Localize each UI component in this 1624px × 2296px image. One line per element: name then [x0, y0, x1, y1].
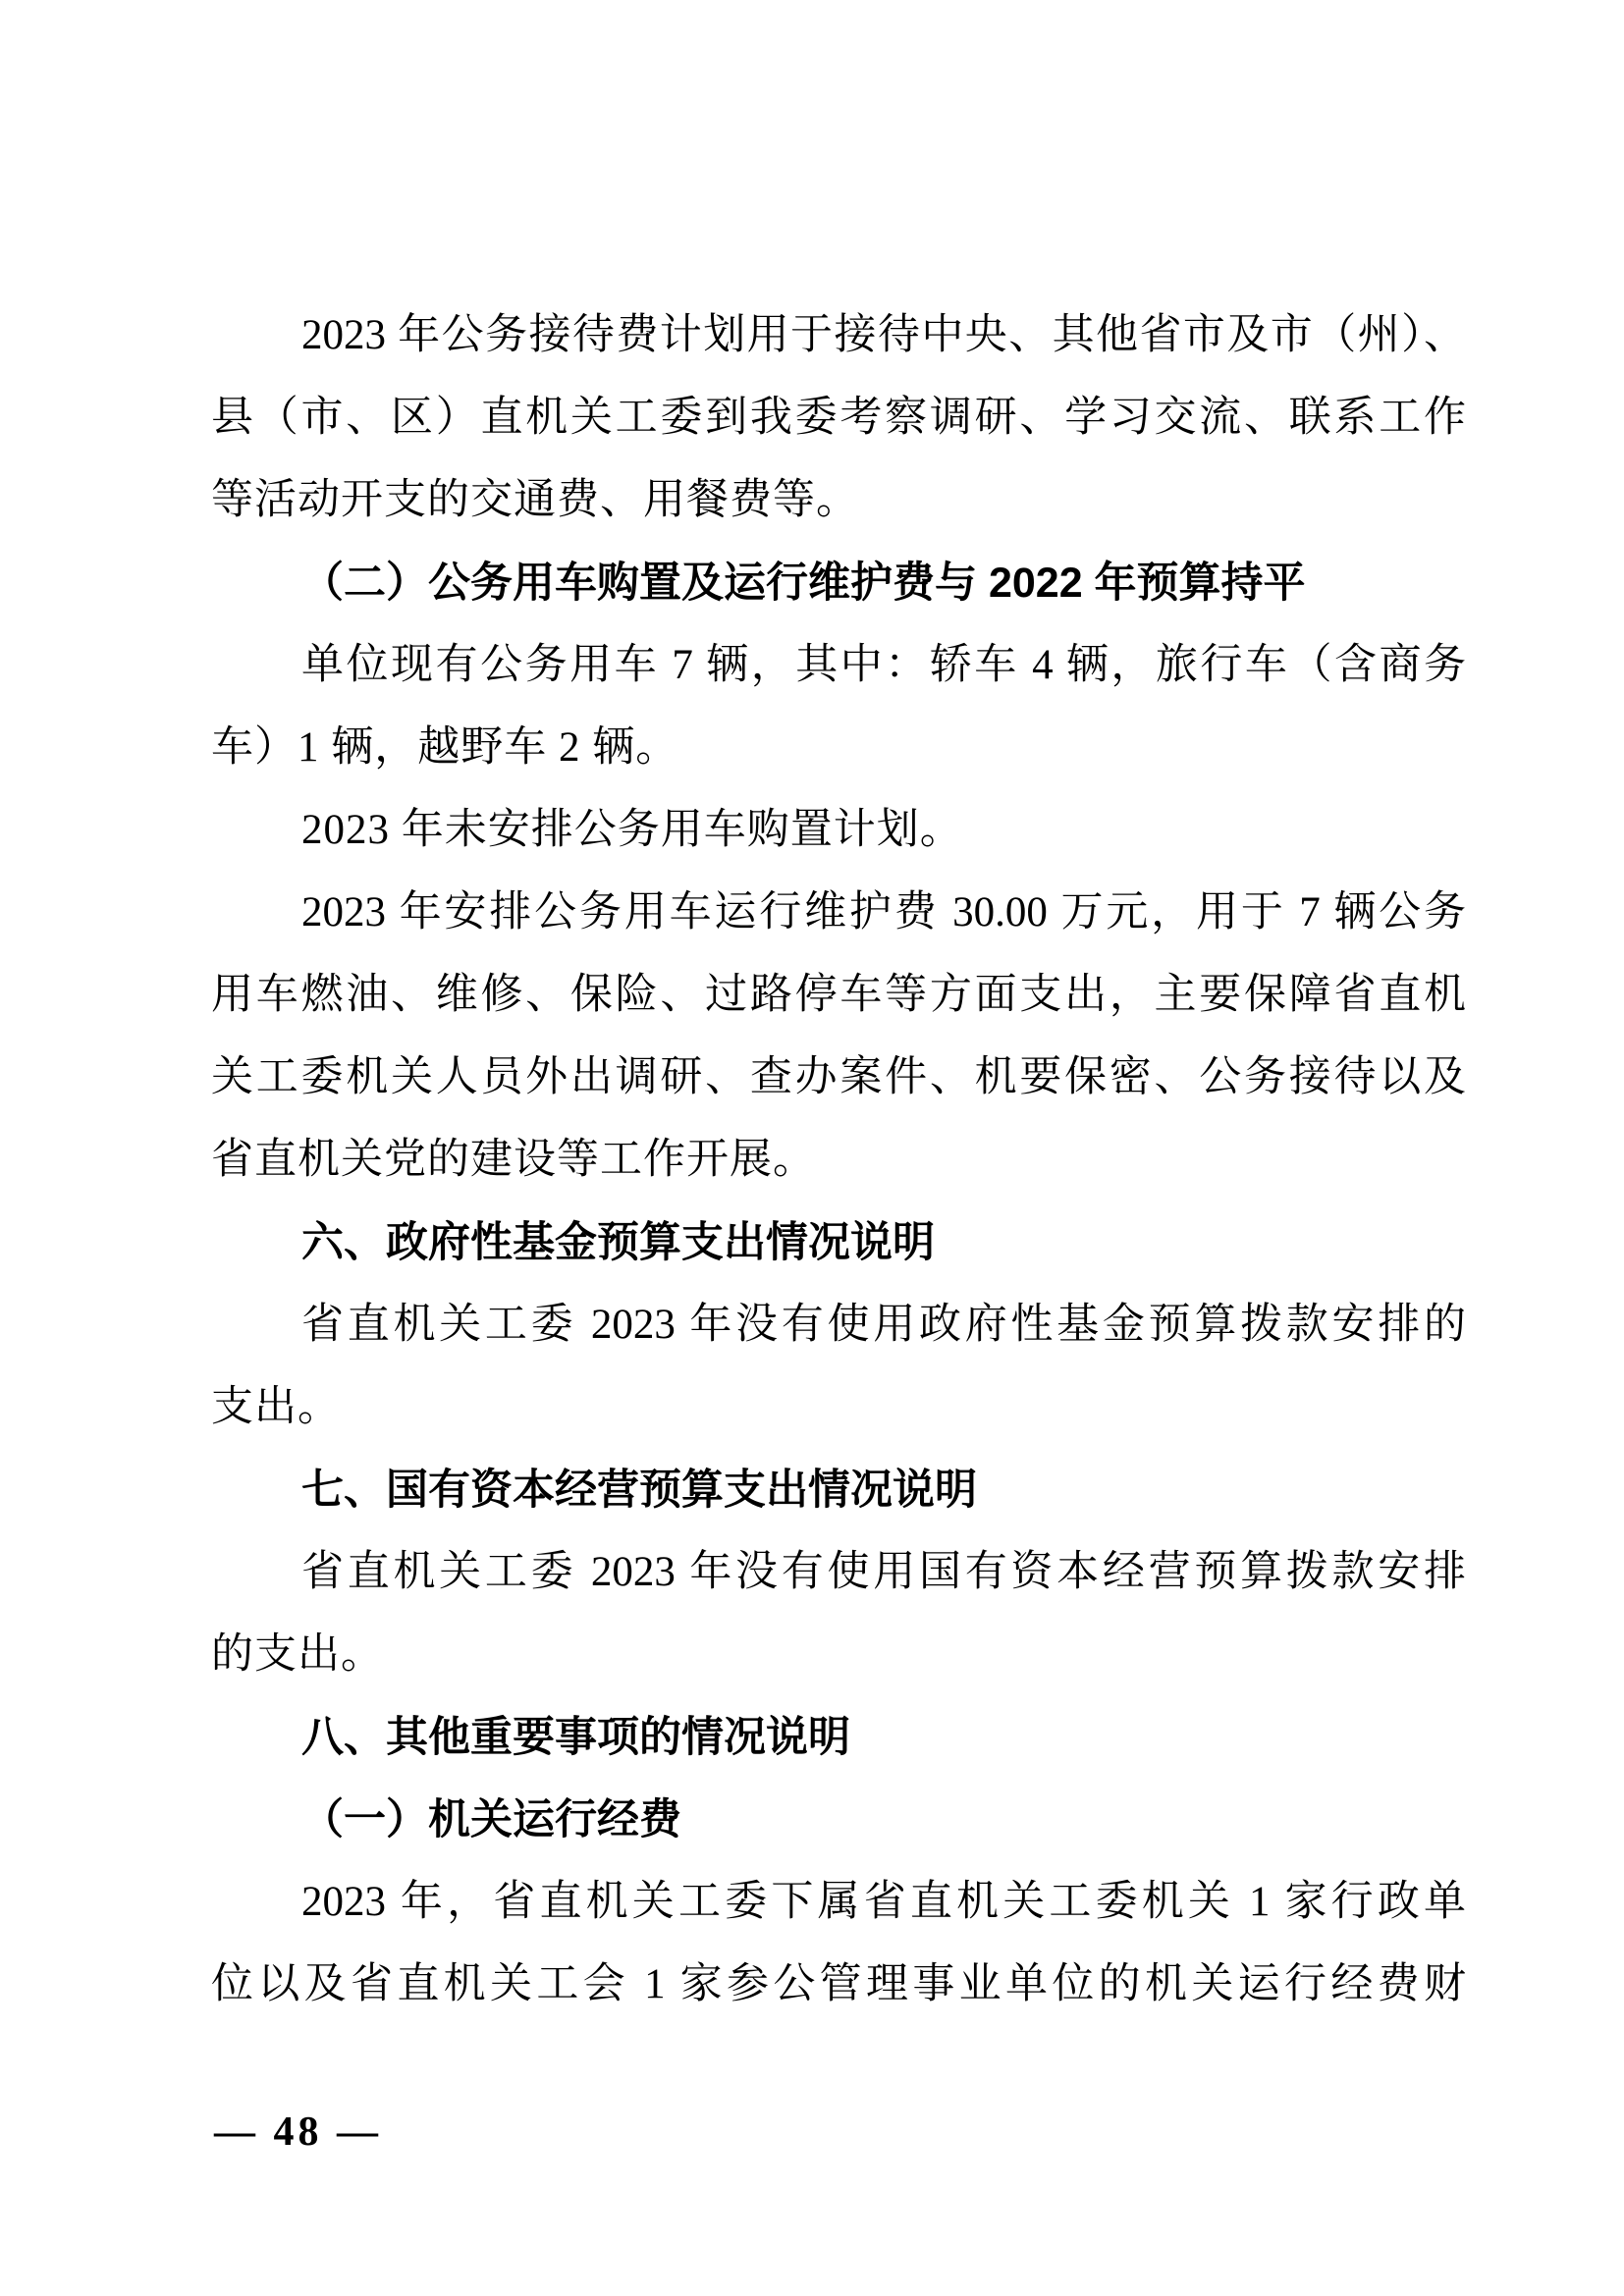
text-line: 支出。	[211, 1366, 1466, 1449]
text-line: 位以及省直机关工会 1 家参公管理事业单位的机关运行经费财	[211, 1944, 1466, 2026]
text-line: 县（市、区）直机关工委到我委考察调研、学习交流、联系工作	[211, 377, 1466, 459]
text-line: 单位现有公务用车 7 辆，其中：轿车 4 辆，旅行车（含商务	[211, 624, 1466, 707]
text-line: 关工委机关人员外出调研、查办案件、机要保密、公务接待以及	[211, 1037, 1466, 1119]
section-heading: （一）机关运行经费	[211, 1779, 1466, 1861]
text-column: 2023 年公务接待费计划用于接待中央、其他省市及市（州）、 县（市、区）直机关…	[211, 294, 1466, 2026]
text-line: 2023 年，省直机关工委下属省直机关工委机关 1 家行政单	[211, 1861, 1466, 1944]
page-number: — 48 —	[214, 2103, 382, 2162]
document-page: 2023 年公务接待费计划用于接待中央、其他省市及市（州）、 县（市、区）直机关…	[0, 0, 1624, 2296]
text-line: 省直机关工委 2023 年没有使用国有资本经营预算拨款安排	[211, 1531, 1466, 1614]
text-line: 省直机关党的建设等工作开展。	[211, 1119, 1466, 1201]
section-heading: （二）公务用车购置及运行维护费与 2022 年预算持平	[211, 542, 1466, 624]
section-heading: 七、国有资本经营预算支出情况说明	[211, 1449, 1466, 1531]
section-heading: 六、政府性基金预算支出情况说明	[211, 1201, 1466, 1284]
text-line: 车）1 辆，越野车 2 辆。	[211, 707, 1466, 789]
section-heading: 八、其他重要事项的情况说明	[211, 1696, 1466, 1779]
text-line: 2023 年未安排公务用车购置计划。	[211, 789, 1466, 872]
text-line: 等活动开支的交通费、用餐费等。	[211, 459, 1466, 542]
text-line: 用车燃油、维修、保险、过路停车等方面支出，主要保障省直机	[211, 954, 1466, 1037]
text-line: 省直机关工委 2023 年没有使用政府性基金预算拨款安排的	[211, 1284, 1466, 1366]
text-line: 2023 年公务接待费计划用于接待中央、其他省市及市（州）、	[211, 294, 1466, 377]
text-line: 2023 年安排公务用车运行维护费 30.00 万元，用于 7 辆公务	[211, 872, 1466, 954]
text-line: 的支出。	[211, 1614, 1466, 1696]
